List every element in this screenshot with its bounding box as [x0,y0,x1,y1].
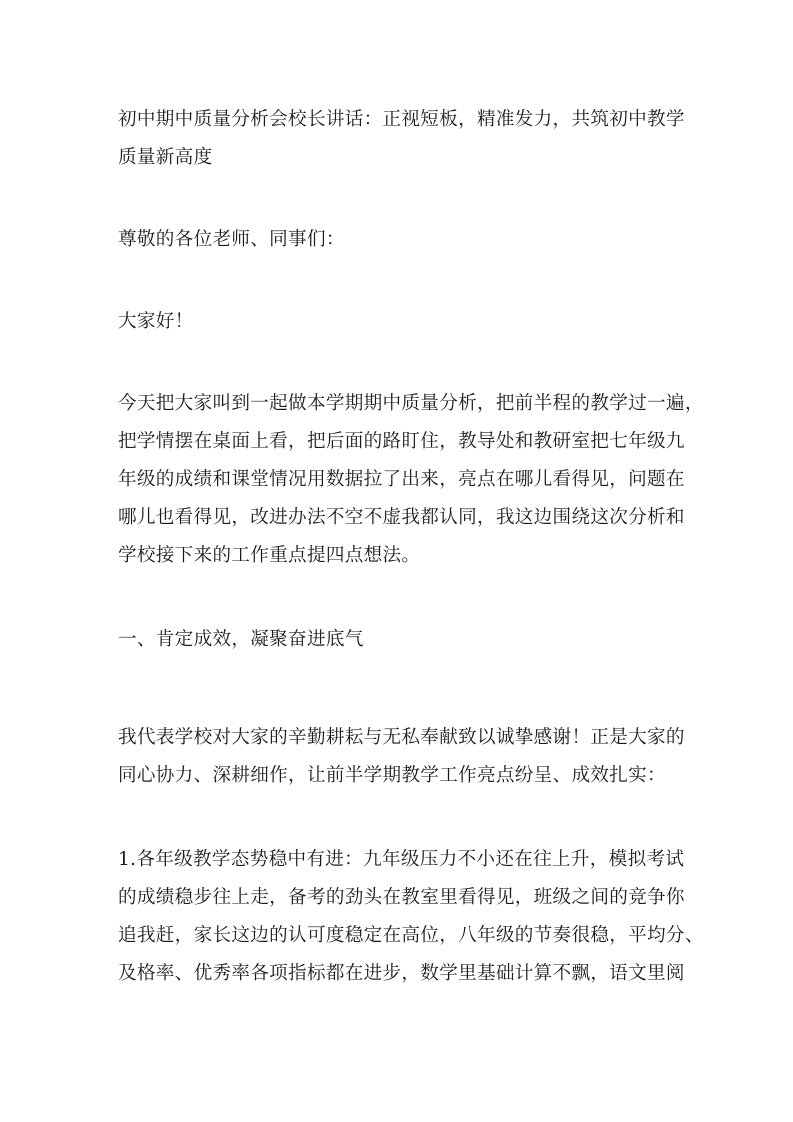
section-heading-1: 一、肯定成效，凝聚奋进底气 [118,628,718,652]
thanks-line-1: 我代表学校对大家的辛勤耕耘与无私奉献致以诚挚感谢！正是大家的 [118,726,718,750]
document-title-line-1: 初中期中质量分析会校长讲话：正视短板，精准发力，共筑初中教学 [118,108,718,132]
intro-line-5: 学校接下来的工作重点提四点想法。 [118,544,718,568]
intro-line-1: 今天把大家叫到一起做本学期期中质量分析，把前半程的教学过一遍， [118,392,718,416]
intro-line-4: 哪儿也看得见，改进办法不空不虚我都认同，我这边围绕这次分析和 [118,506,718,530]
thanks-line-2: 同心协力、深耕细作，让前半学期教学工作亮点纷呈、成效扎实： [118,764,718,788]
document-title-line-2: 质量新高度 [118,146,718,170]
point1-line-1: 1.各年级教学态势稳中有进：九年级压力不小还在往上升，模拟考试 [118,848,718,872]
point1-line-2: 的成绩稳步往上走，备考的劲头在教室里看得见，班级之间的竞争你 [118,886,718,910]
intro-line-3: 年级的成绩和课堂情况用数据拉了出来，亮点在哪儿看得见，问题在 [118,468,718,492]
salutation-text: 大家好！ [118,310,718,334]
greeting-text: 尊敬的各位老师、同事们： [118,228,718,252]
point1-line-3: 追我赶，家长这边的认可度稳定在高位，八年级的节奏很稳，平均分、 [118,924,718,948]
intro-line-2: 把学情摆在桌面上看，把后面的路盯住，教导处和教研室把七年级九 [118,430,718,454]
document-page: 初中期中质量分析会校长讲话：正视短板，精准发力，共筑初中教学 质量新高度 尊敬的… [0,0,793,1122]
point1-line-4: 及格率、优秀率各项指标都在进步，数学里基础计算不飘，语文里阅 [118,962,718,986]
